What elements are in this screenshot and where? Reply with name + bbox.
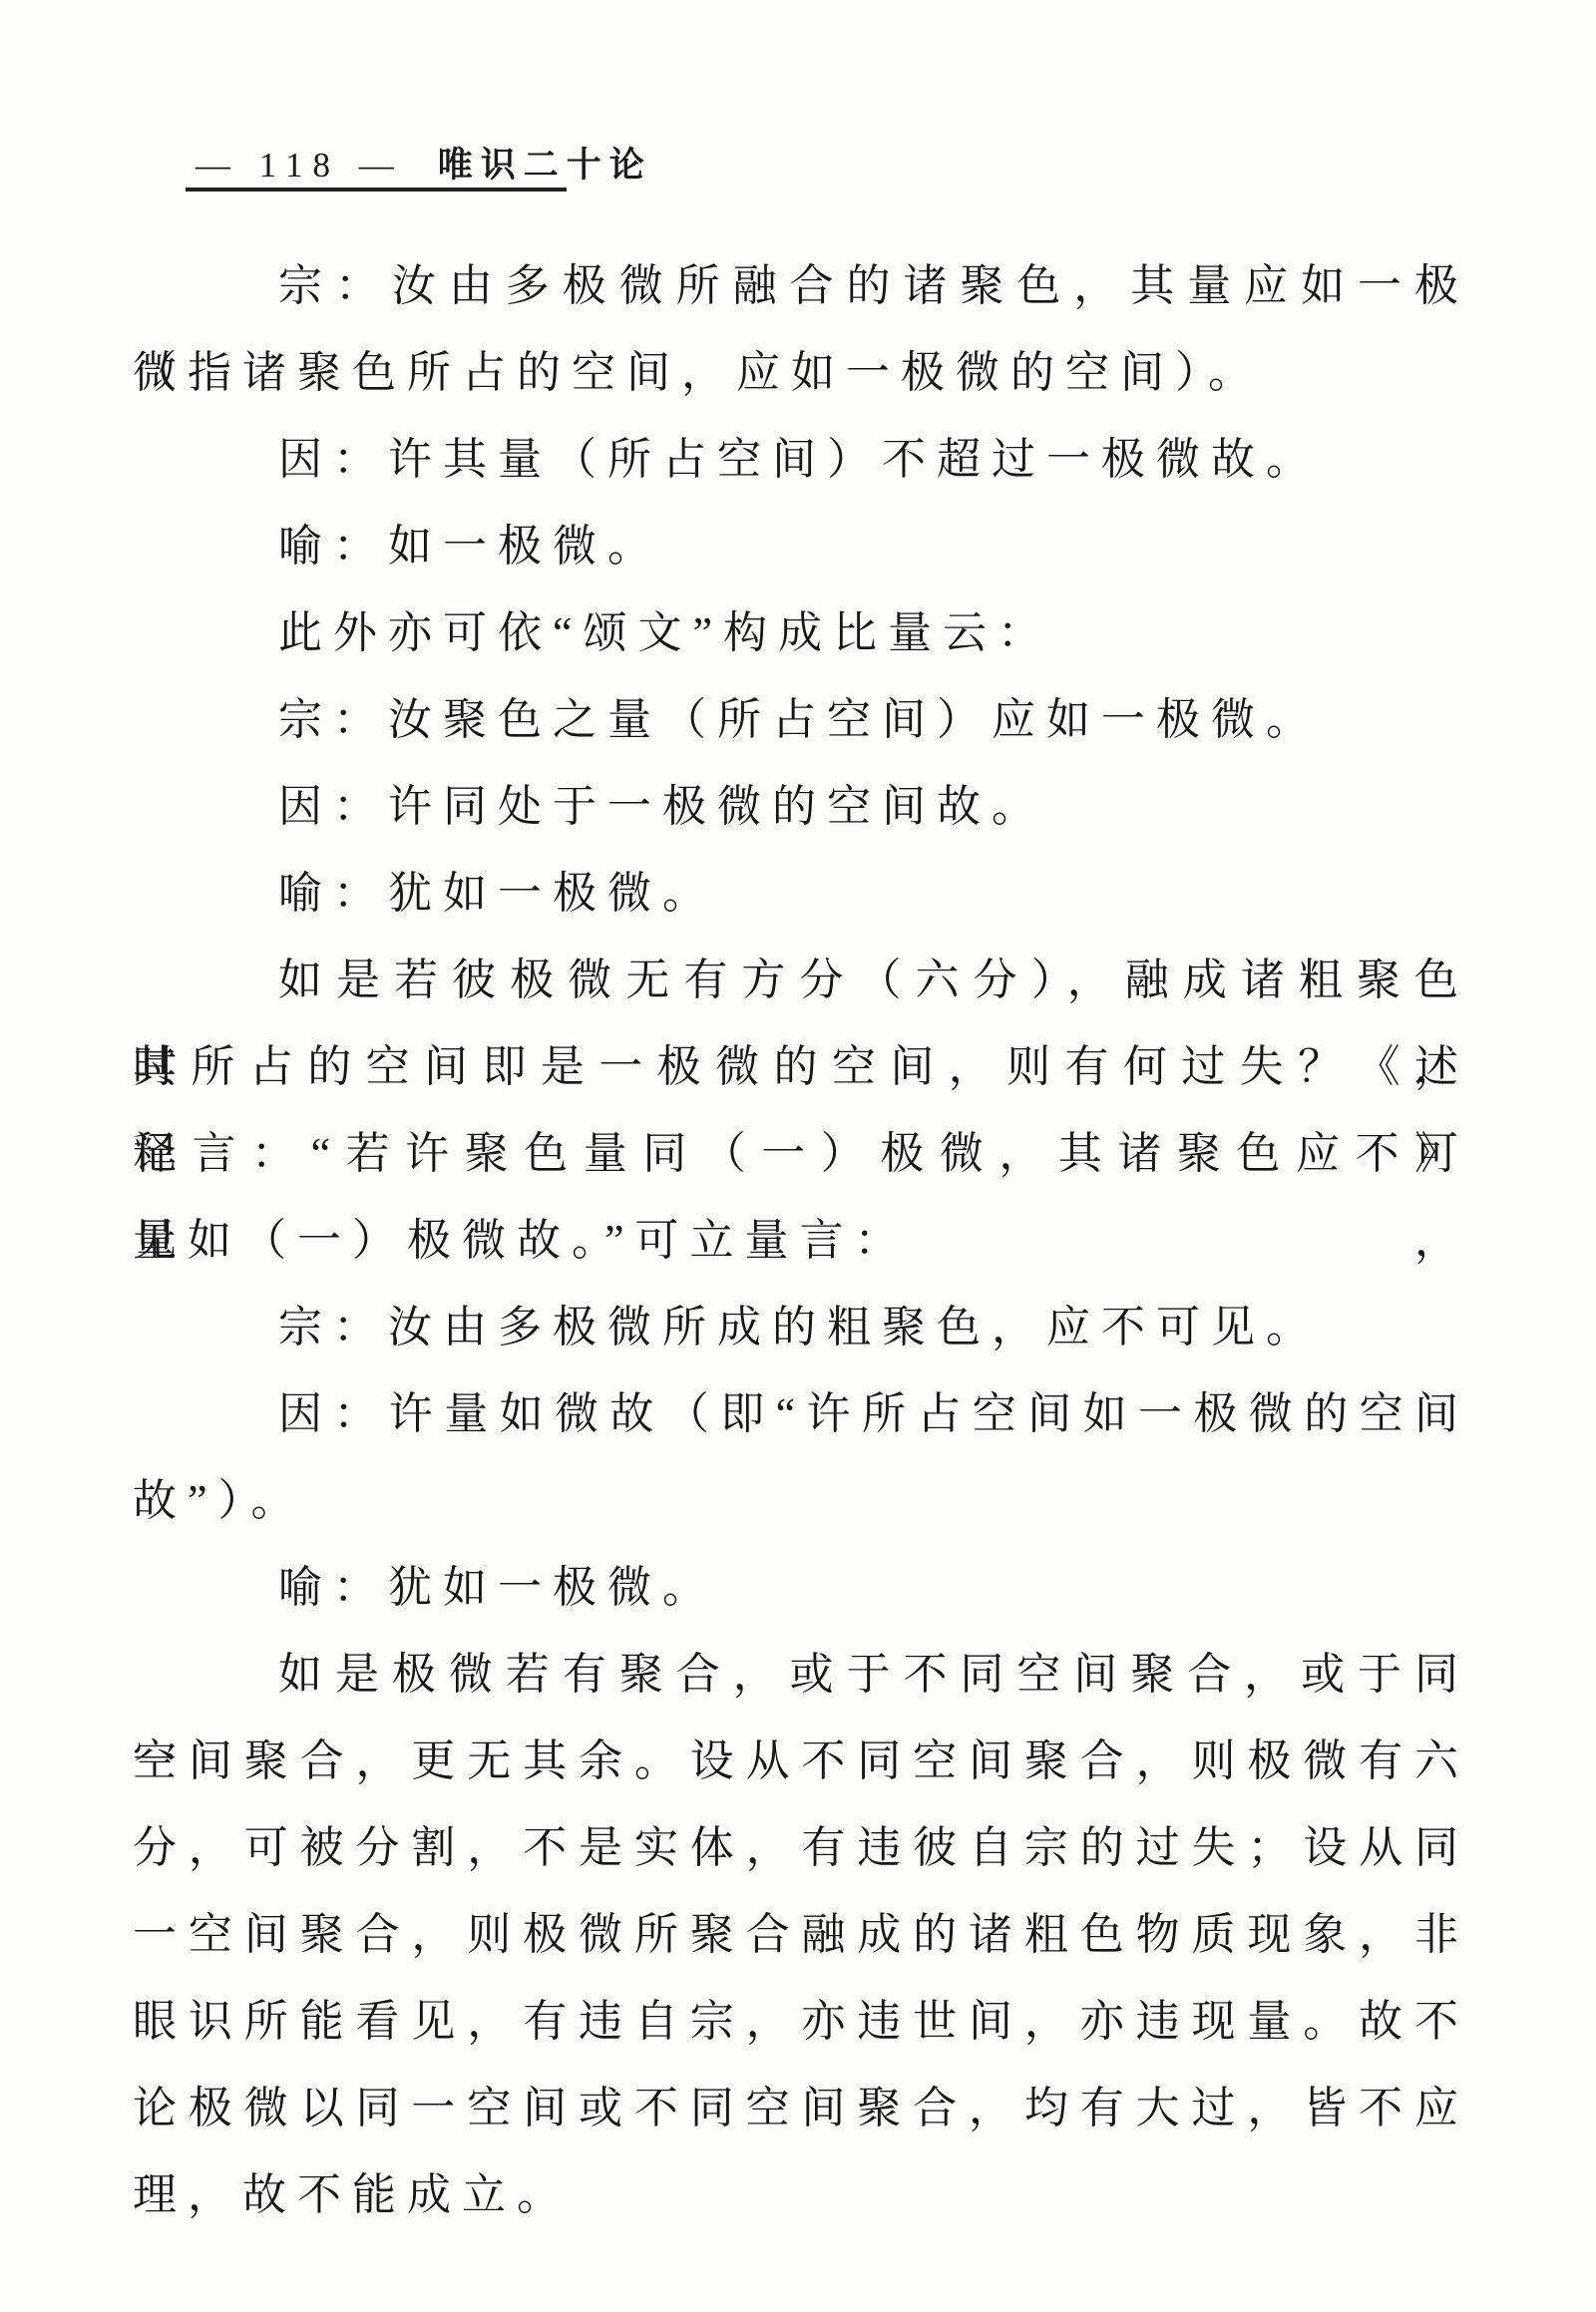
- text-line: 眼识所能看见，有违自宗，亦违世间，亦违现量。故不: [133, 1978, 1469, 2065]
- text-line: 因：许量如微故（即“许所占空间如一极微的空间: [133, 1370, 1469, 1457]
- text-line: 喻：犹如一极微。: [133, 850, 1469, 937]
- text-line: 喻：如一极微。: [133, 503, 1469, 589]
- text-line: 如是极微若有聚合，或于不同空间聚合，或于同一: [133, 1631, 1469, 1718]
- text-line: 空间聚合，更无其余。设从不同空间聚合，则极微有六: [133, 1718, 1469, 1804]
- text-line: 其所占的空间即是一极微的空间，则有何过失？《述记》: [133, 1023, 1469, 1110]
- text-line: 一空间聚合，则极微所聚合融成的诸粗色物质现象，非: [133, 1891, 1469, 1978]
- text-line: （指诸聚色所占的空间，应如一极微的空间）。: [133, 329, 1469, 416]
- scanned-book-page: — 118 —唯识二十论 宗：汝由多极微所融合的诸聚色，其量应如一极微 （指诸聚…: [0, 0, 1596, 2312]
- text-line: 宗：汝由多极微所融合的诸聚色，其量应如一极微: [133, 242, 1469, 329]
- body-text: 宗：汝由多极微所融合的诸聚色，其量应如一极微 （指诸聚色所占的空间，应如一极微的…: [133, 242, 1469, 2238]
- text-line: 因：许其量（所占空间）不超过一极微故。: [133, 416, 1469, 503]
- text-line: 此外亦可依“颂文”构成比量云：: [133, 589, 1469, 676]
- text-line: 喻：犹如一极微。: [133, 1544, 1469, 1631]
- page-header: — 118 —唯识二十论: [196, 138, 652, 188]
- text-line: 因：许同处于一极微的空间故。: [133, 763, 1469, 850]
- text-line: 宗：汝聚色之量（所占空间）应如一极微。: [133, 676, 1469, 763]
- text-line: 如是若彼极微无有方分（六分），融成诸粗聚色时，: [133, 937, 1469, 1023]
- text-line: 宗：汝由多极微所成的粗聚色，应不可见。: [133, 1284, 1469, 1370]
- text-line: 故”）。: [133, 1457, 1469, 1544]
- page-number: — 118 —: [196, 146, 404, 185]
- book-title: 唯识二十论: [438, 146, 652, 185]
- header-rule: [186, 188, 567, 192]
- text-line: 论极微以同一空间或不同空间聚合，均有大过，皆不应: [133, 2065, 1469, 2151]
- text-line: 释言：“若许聚色量同（一）极微，其诸聚色应不可见，: [133, 1110, 1469, 1197]
- text-line: 分，可被分割，不是实体，有违彼自宗的过失；设从同: [133, 1804, 1469, 1891]
- text-line: 理，故不能成立。: [133, 2151, 1469, 2238]
